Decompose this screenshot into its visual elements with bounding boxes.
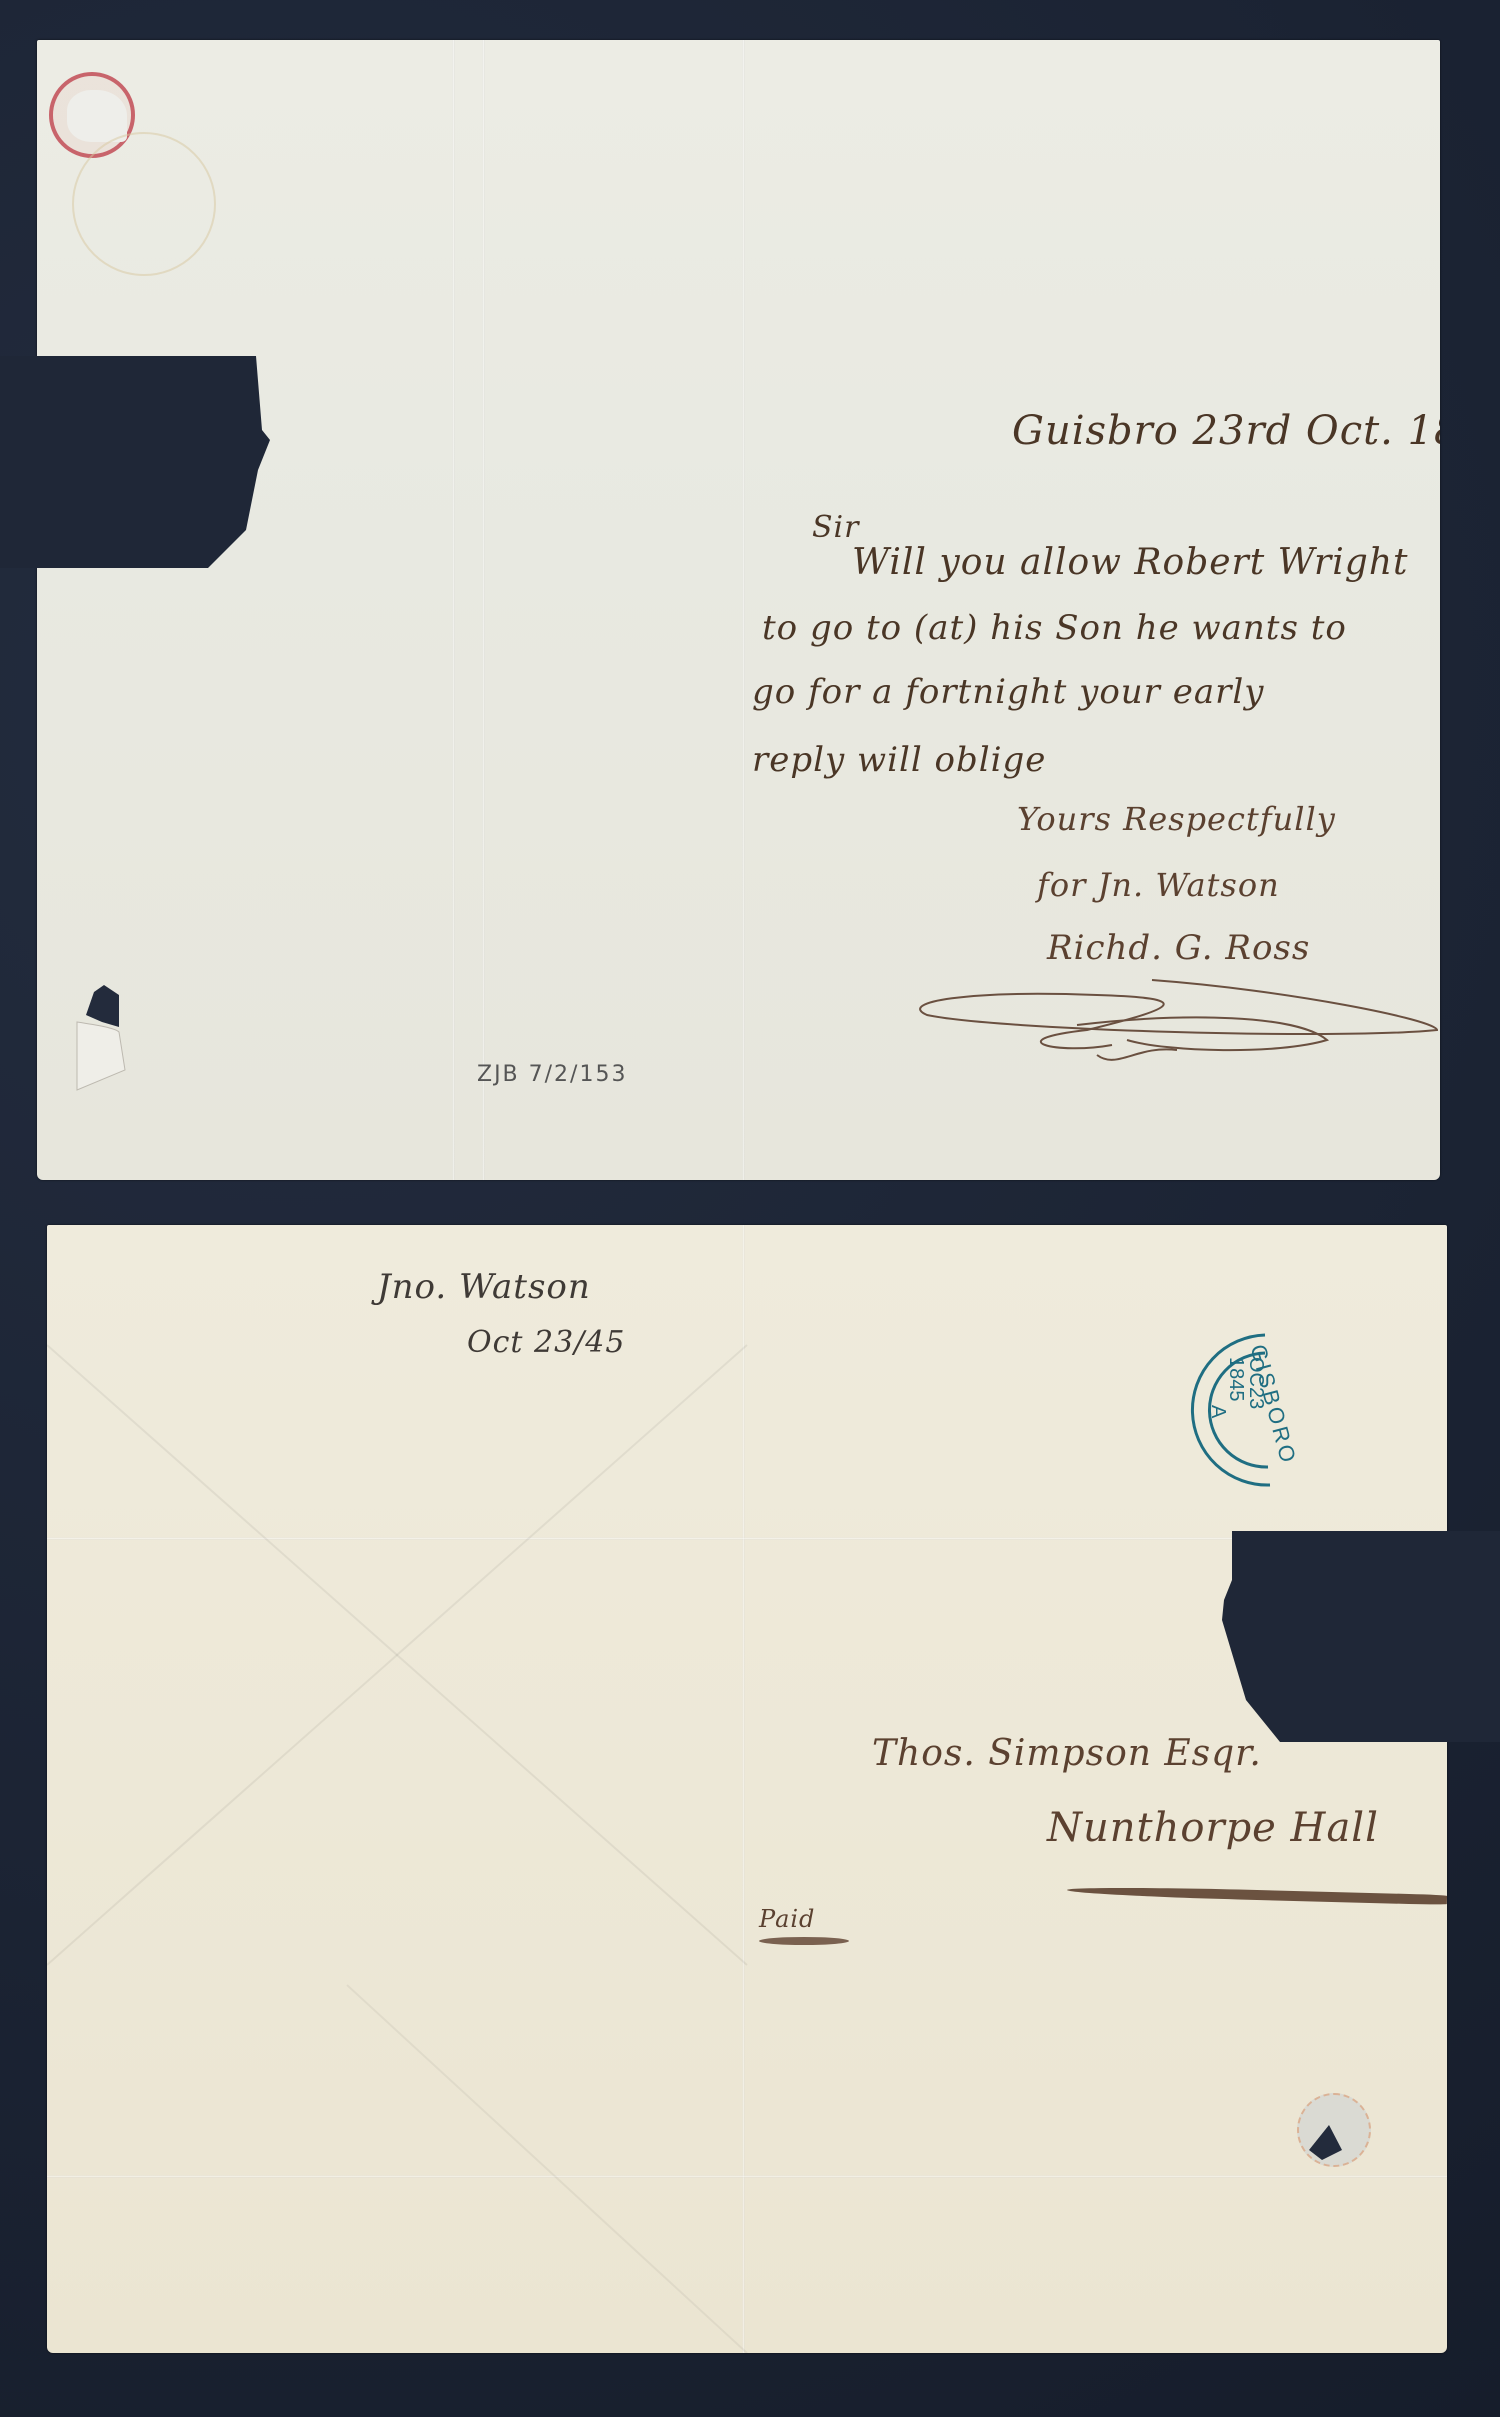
postmark-year: 1845	[1224, 1357, 1247, 1402]
mount-cutout-back	[0, 0, 1500, 2417]
postmark-date: OC23	[1244, 1357, 1267, 1409]
postmark-code: A	[1206, 1405, 1229, 1418]
postmark: GISBORO OC23 1845 A	[1190, 1315, 1370, 1495]
